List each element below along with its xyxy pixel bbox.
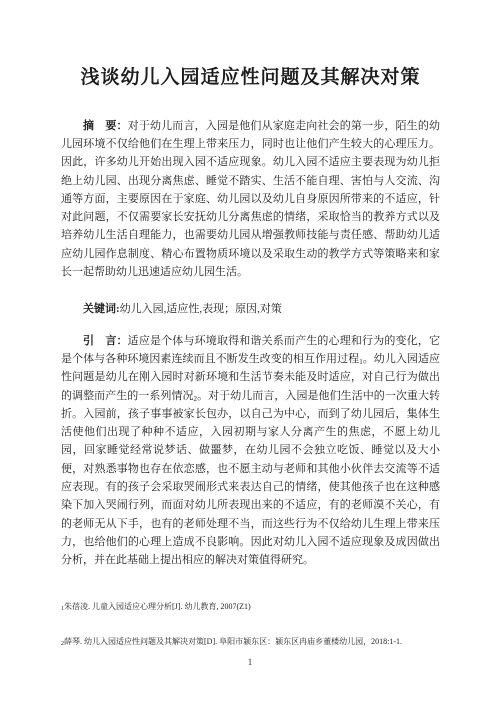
footnote-item: 1朱蓓凌. 儿童入园适应心理分析[J]. 幼儿教育, 2007(Z1) <box>61 601 440 615</box>
document-page: 浅谈幼儿入园适应性问题及其解决对策 摘 要：对于幼儿而言，入园是他们从家庭走向社… <box>0 0 500 707</box>
footnote-item: 2薛琴. 幼儿入园适应性问题及其解决对策[D]. 阜阳市颍东区：颍东区冉庙乡董楼… <box>61 636 440 650</box>
abstract-paragraph: 摘 要：对于幼儿而言，入园是他们从家庭走向社会的第一步，陌生的幼儿园环境不仅给他… <box>61 117 440 282</box>
abstract-text: 对于幼儿而言，入园是他们从家庭走向社会的第一步，陌生的幼儿园环境不仅给他们在生理… <box>61 120 440 278</box>
abstract-label: 摘 要： <box>83 120 128 132</box>
footnote-text: 朱蓓凌. 儿童入园适应心理分析[J]. 幼儿教育, 2007(Z1) <box>64 602 251 611</box>
keywords-line: 关键词:幼儿入园,适应性,表现；原因,对策 <box>61 300 440 318</box>
document-title: 浅谈幼儿入园适应性问题及其解决对策 <box>61 66 440 91</box>
footnote-text: 薛琴. 幼儿入园适应性问题及其解决对策[D]. 阜阳市颍东区：颍东区冉庙乡董楼幼… <box>64 637 402 646</box>
keywords-text: 幼儿入园,适应性,表现；原因,对策 <box>120 303 282 315</box>
introduction-text-part3: 。对于幼儿而言，入园是他们生活中的一次重大转折。入园前，孩子事事被家长包办，以自… <box>61 390 440 567</box>
keywords-label: 关键词: <box>83 303 120 315</box>
page-number: 1 <box>0 657 500 667</box>
footnotes-section: 1朱蓓凌. 儿童入园适应心理分析[J]. 幼儿教育, 2007(Z1) 2薛琴.… <box>61 601 440 650</box>
introduction-label: 引 言： <box>83 335 128 347</box>
introduction-paragraph: 引 言：适应是个体与环境取得和谐关系而产生的心理和行为的变化，它是个体与各种环境… <box>61 332 440 570</box>
